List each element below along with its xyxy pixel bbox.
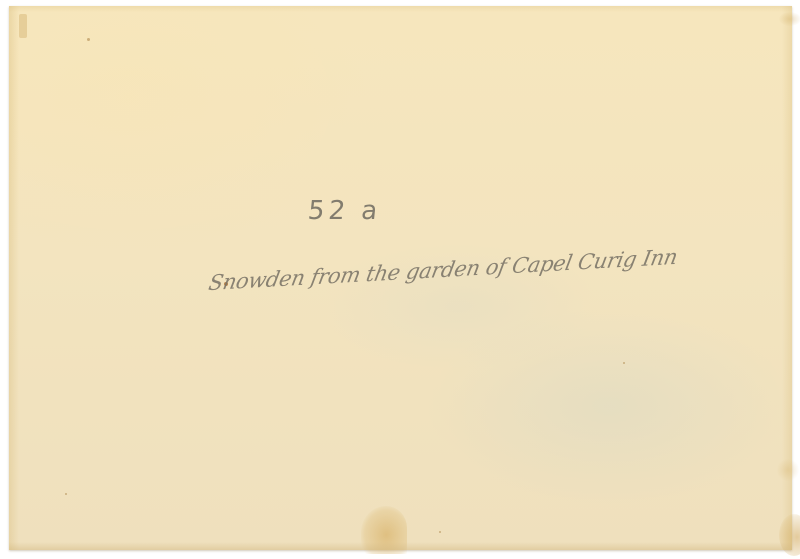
paper-speck [439, 531, 441, 533]
foxing-stain [779, 514, 800, 556]
foxing-stain [777, 458, 799, 482]
paper-sheet: 52 a Snowden from the garden of Capel Cu… [9, 6, 792, 550]
paper-speck [623, 362, 625, 364]
foxing-stain [361, 506, 407, 554]
foxing-stain [779, 12, 800, 26]
scanned-document: 52 a Snowden from the garden of Capel Cu… [0, 0, 800, 559]
foxing-stain [19, 14, 27, 38]
item-number-inscription: 52 a [306, 196, 382, 226]
caption-inscription: Snowden from the garden of Capel Curig I… [207, 245, 680, 295]
paper-speck [87, 38, 90, 41]
paper-speck [65, 493, 67, 495]
